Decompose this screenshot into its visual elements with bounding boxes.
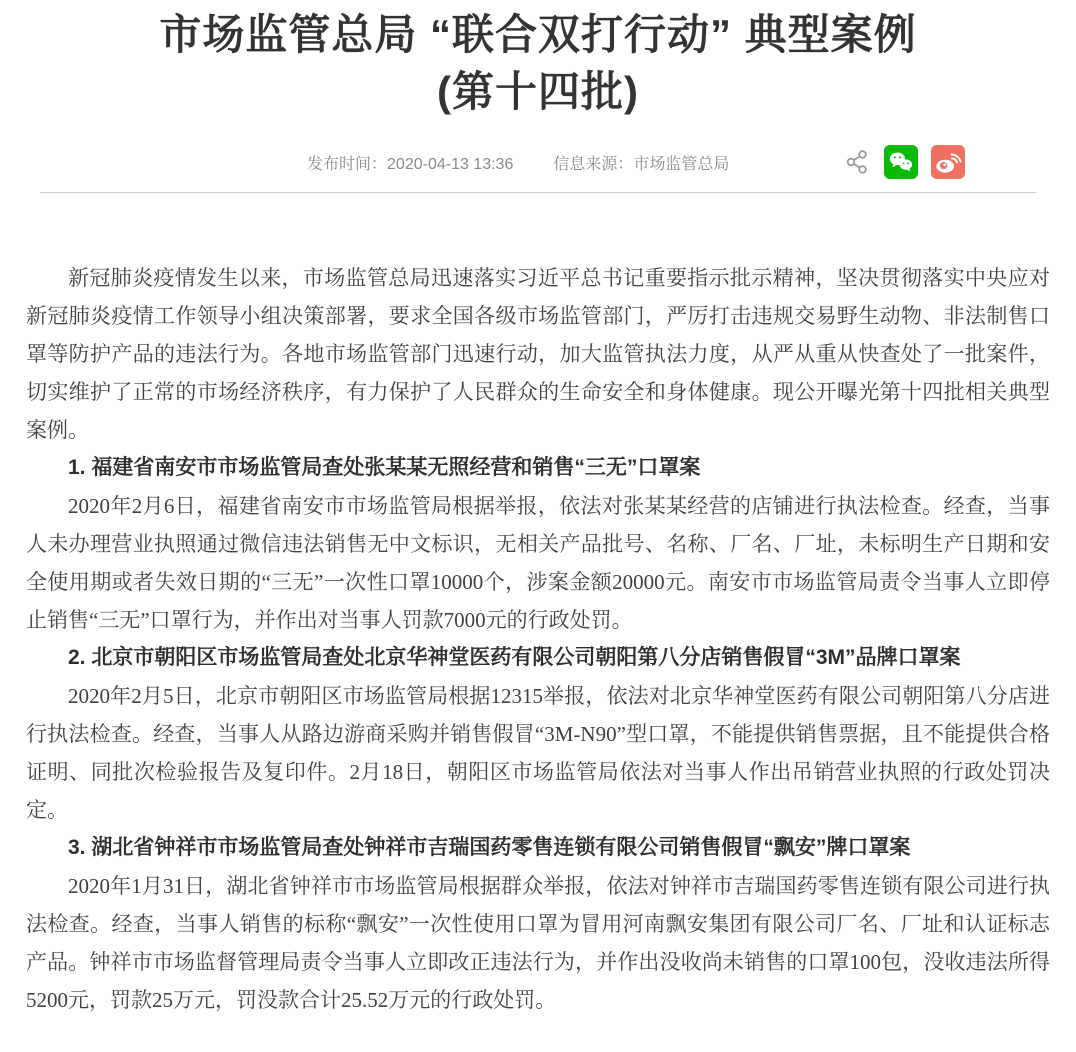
- wechat-share-button[interactable]: [884, 145, 918, 179]
- intro-paragraph: 新冠肺炎疫情发生以来，市场监管总局迅速落实习近平总书记重要指示批示精神，坚决贯彻…: [26, 259, 1050, 449]
- meta-row: 发布时间：2020-04-13 13:36信息来源：市场监管总局: [26, 144, 1050, 180]
- divider: [40, 192, 1036, 193]
- weibo-icon: [931, 145, 965, 179]
- page-title-line2: (第十四批): [26, 63, 1050, 120]
- page-title: 市场监管总局 “联合双打行动” 典型案例 (第十四批): [26, 4, 1050, 120]
- wechat-icon: [884, 145, 918, 179]
- page-title-line1: 市场监管总局 “联合双打行动” 典型案例: [26, 6, 1050, 63]
- publish-time-value: 2020-04-13 13:36: [387, 156, 513, 173]
- meta-text: 发布时间：2020-04-13 13:36信息来源：市场监管总局: [307, 151, 729, 174]
- share-button[interactable]: [843, 145, 871, 179]
- source-label: 信息来源：: [553, 156, 633, 173]
- share-group: [843, 145, 965, 179]
- case-3-paragraph: 2020年1月31日，湖北省钟祥市市场监管局根据群众举报，依法对钟祥市吉瑞国药零…: [26, 867, 1050, 1019]
- share-nodes-icon: [844, 148, 870, 176]
- publish-time-label: 发布时间：: [307, 156, 387, 173]
- article-page: 市场监管总局 “联合双打行动” 典型案例 (第十四批) 发布时间：2020-04…: [0, 0, 1076, 1052]
- weibo-share-button[interactable]: [931, 145, 965, 179]
- case-1-heading: 1. 福建省南安市市场监管局查处张某某无照经营和销售“三无”口罩案: [26, 449, 1050, 487]
- case-2-paragraph: 2020年2月5日，北京市朝阳区市场监管局根据12315举报，依法对北京华神堂医…: [26, 677, 1050, 829]
- source-value: 市场监管总局: [633, 156, 729, 173]
- case-3-heading: 3. 湖北省钟祥市市场监管局查处钟祥市吉瑞国药零售连锁有限公司销售假冒“飘安”牌…: [26, 829, 1050, 867]
- case-1-paragraph: 2020年2月6日，福建省南安市市场监管局根据举报，依法对张某某经营的店铺进行执…: [26, 487, 1050, 639]
- article-body: 新冠肺炎疫情发生以来，市场监管总局迅速落实习近平总书记重要指示批示精神，坚决贯彻…: [26, 259, 1050, 1019]
- case-2-heading: 2. 北京市朝阳区市场监管局查处北京华神堂医药有限公司朝阳第八分店销售假冒“3M…: [26, 639, 1050, 677]
